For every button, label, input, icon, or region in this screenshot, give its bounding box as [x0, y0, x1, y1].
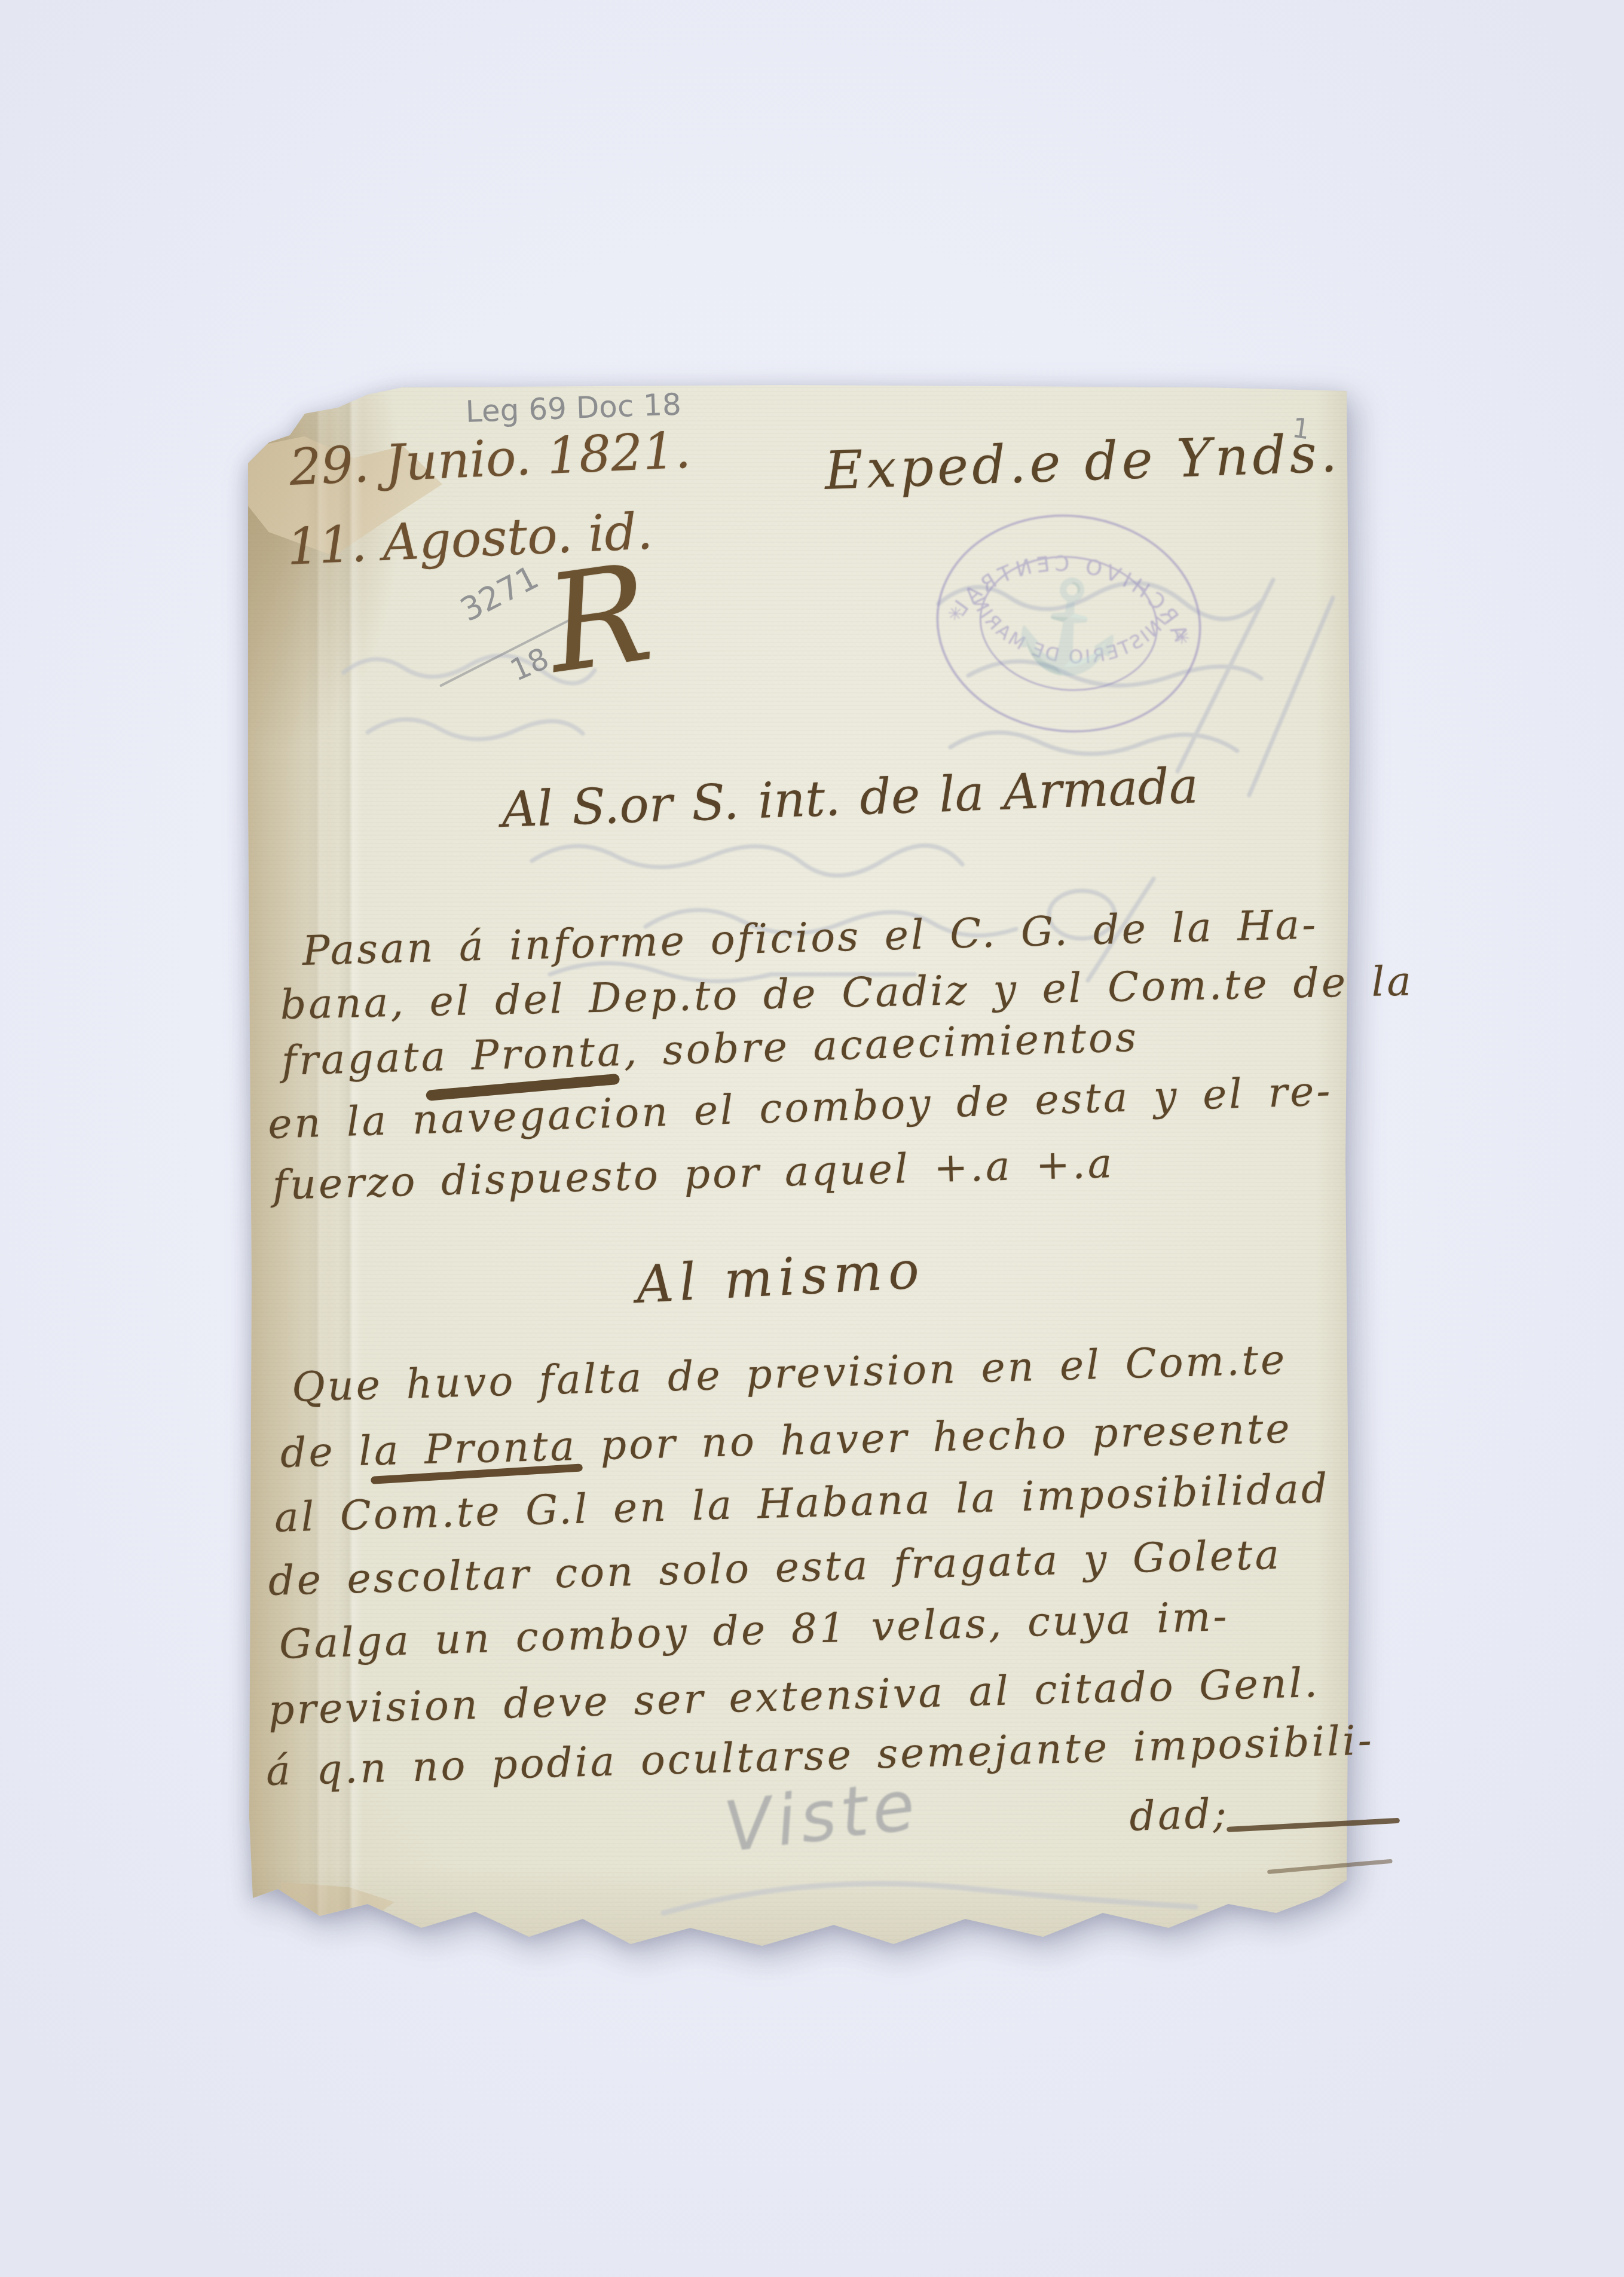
- paragraph-2-line: dad;: [1128, 1790, 1230, 1841]
- scanned-manuscript-photo: ARCHIVO CENTRAL MINISTERIO DE MARINA ✳ ✳…: [0, 0, 1624, 2277]
- stamp-separator-right: ✳: [947, 603, 964, 625]
- stamp-anchor-icon: ⚓: [1007, 570, 1129, 685]
- archive-oval-stamp: ARCHIVO CENTRAL MINISTERIO DE MARINA ✳ ✳…: [931, 509, 1206, 738]
- rubric-flourish: R: [538, 534, 660, 704]
- stamp-separator-left: ✳: [1174, 627, 1191, 649]
